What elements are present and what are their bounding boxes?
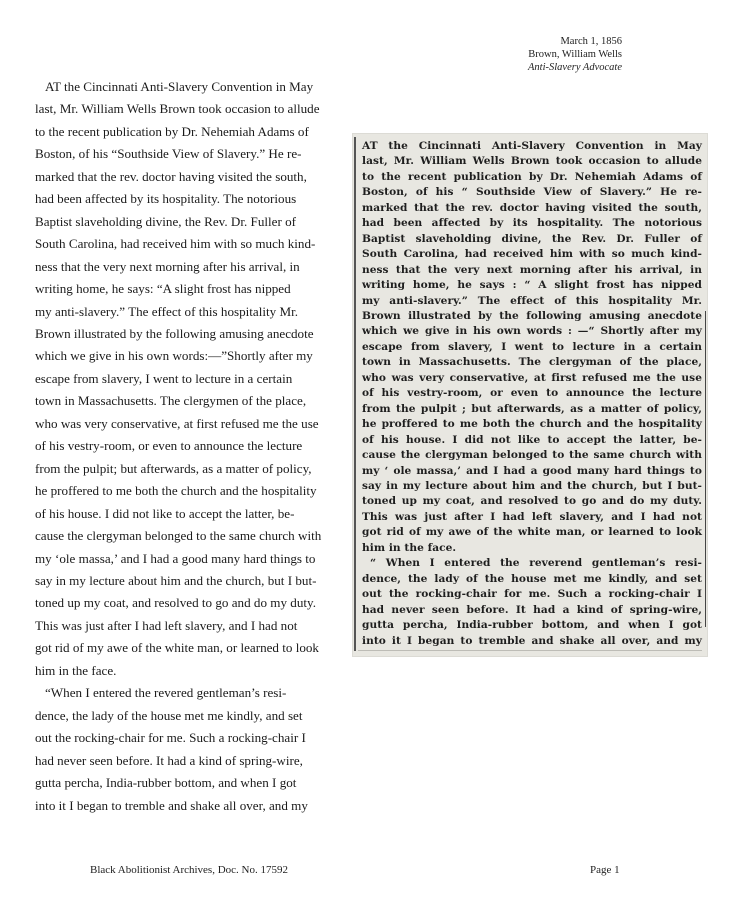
scan-line: who was very conservative, at first refu… (362, 371, 702, 386)
transcript-line: say in my lecture about him and the chur… (35, 570, 335, 592)
transcript-line: from the pulpit; but afterwards, as a ma… (35, 458, 335, 480)
transcript-line: escape from slavery, I went to lecture i… (35, 368, 335, 390)
scan-line: out the rocking-chair for me. Such a roc… (362, 587, 702, 602)
scan-text-column: AT the Cincinnati Anti-Slavery Conventio… (362, 139, 702, 649)
transcript-line: AT the Cincinnati Anti-Slavery Conventio… (35, 76, 335, 98)
transcript-line: to the recent publication by Dr. Nehemia… (35, 121, 335, 143)
transcript-line: marked that the rev. doctor having visit… (35, 166, 335, 188)
scan-line: escape from slavery, I went to lecture i… (362, 340, 702, 355)
scan-line: marked that the rev. doctor having visit… (362, 201, 702, 216)
scan-line: cause the clergyman belonged to the same… (362, 448, 702, 463)
transcript-line: town in Massachusetts. The clergymen of … (35, 390, 335, 412)
transcript-line: last, Mr. William Wells Brown took occas… (35, 98, 335, 120)
scan-line: my ‘ ole massa,’ and I had a good many h… (362, 464, 702, 479)
transcript-line: cause the clergyman belonged to the same… (35, 525, 335, 547)
scan-line: him in the face. (362, 541, 702, 556)
transcript-line: got rid of my awe of the white man, or l… (35, 637, 335, 659)
transcript-line: of his house. I did not like to accept t… (35, 503, 335, 525)
scan-line: say in my lecture about him and the chur… (362, 479, 702, 494)
transcript-line: dence, the lady of the house met me kind… (35, 705, 335, 727)
scan-line: he proffered to me both the church and t… (362, 417, 702, 432)
transcript-line: writing home, he says: “A slight frost h… (35, 278, 335, 300)
scan-line: had been affected by its hospitality. Th… (362, 216, 702, 231)
transcript-line: my ‘ole massa,’ and I had a good many ha… (35, 548, 335, 570)
scan-line: my anti-slavery.” The effect of this hos… (362, 294, 702, 309)
scan-line: into it I began to tremble and shake all… (362, 634, 702, 649)
scan-line: Brown illustrated by the following amusi… (362, 309, 702, 324)
page-number: Page 1 (590, 864, 620, 876)
transcript-line: gutta percha, India-rubber bottom, and w… (35, 772, 335, 794)
newspaper-scan-image: AT the Cincinnati Anti-Slavery Conventio… (352, 133, 708, 657)
transcript-line: Boston, of his “Southside View of Slaver… (35, 143, 335, 165)
scan-line: This was just after I had left slavery, … (362, 510, 702, 525)
scan-line: gutta percha, India-rubber bottom, and w… (362, 618, 702, 633)
archive-citation: Black Abolitionist Archives, Doc. No. 17… (90, 864, 288, 876)
transcript-line: had never seen before. It had a kind of … (35, 750, 335, 772)
transcript-column: AT the Cincinnati Anti-Slavery Conventio… (35, 76, 335, 817)
scan-line: AT the Cincinnati Anti-Slavery Conventio… (362, 139, 702, 154)
document-source: Anti-Slavery Advocate (528, 61, 622, 74)
transcript-line: of his vestry-room, or even to announce … (35, 435, 335, 457)
transcript-line: into it I began to tremble and shake all… (35, 795, 335, 817)
scan-line: toned up my coat, and resolved to go and… (362, 494, 702, 509)
scan-line: writing home, he says : “ A slight frost… (362, 278, 702, 293)
transcript-line: which we give in his own words:—”Shortly… (35, 345, 335, 367)
transcript-line: Baptist slaveholding divine, the Rev. Dr… (35, 211, 335, 233)
document-date: March 1, 1856 (528, 35, 622, 48)
transcript-line: who was very conservative, at first refu… (35, 413, 335, 435)
scan-line: which we give in his own words : —“ Shor… (362, 324, 702, 339)
scan-line: of his house. I did not like to accept t… (362, 433, 702, 448)
transcript-line: he proffered to me both the church and t… (35, 480, 335, 502)
scan-line: had never seen before. It had a kind of … (362, 603, 702, 618)
scan-line: from the pulpit ; but afterwards, as a m… (362, 402, 702, 417)
scan-line: last, Mr. William Wells Brown took occas… (362, 154, 702, 169)
transcript-line: toned up my coat, and resolved to go and… (35, 592, 335, 614)
scan-line: “ When I entered the reverend gentleman’… (362, 556, 702, 571)
transcript-line: him in the face. (35, 660, 335, 682)
scan-line: to the recent publication by Dr. Nehemia… (362, 170, 702, 185)
transcript-line: South Carolina, had received him with so… (35, 233, 335, 255)
scan-line: ness that the very next morning after hi… (362, 263, 702, 278)
scan-line: got rid of my awe of the white man, or l… (362, 525, 702, 540)
transcript-line: had been affected by its hospitality. Th… (35, 188, 335, 210)
transcript-line: This was just after I had left slavery, … (35, 615, 335, 637)
document-header: March 1, 1856 Brown, William Wells Anti-… (528, 35, 622, 74)
scan-line: of his vestry-room, or even to announce … (362, 386, 702, 401)
transcript-line: Brown illustrated by the following amusi… (35, 323, 335, 345)
scan-line: dence, the lady of the house met me kind… (362, 572, 702, 587)
transcript-line: ness that the very next morning after hi… (35, 256, 335, 278)
transcript-line: my anti-slavery.” The effect of this hos… (35, 301, 335, 323)
document-author: Brown, William Wells (528, 48, 622, 61)
scan-line: South Carolina, had received him with so… (362, 247, 702, 262)
scan-line: Baptist slaveholding divine, the Rev. Dr… (362, 232, 702, 247)
scan-line: town in Massachusetts. The clergyman of … (362, 355, 702, 370)
transcript-line: “When I entered the revered gentleman’s … (35, 682, 335, 704)
scan-line: Boston, of his “ Southside View of Slave… (362, 185, 702, 200)
scan-bottom-rule (358, 650, 702, 651)
transcript-line: out the rocking-chair for me. Such a roc… (35, 727, 335, 749)
